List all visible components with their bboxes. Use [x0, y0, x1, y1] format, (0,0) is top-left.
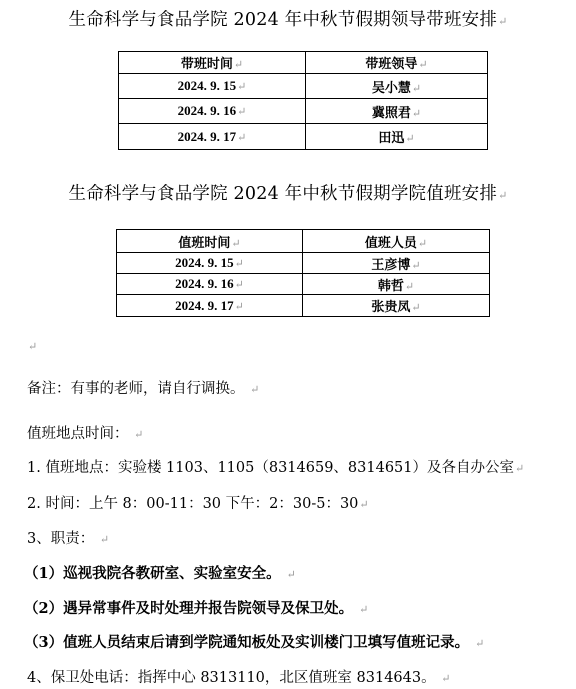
- name-cell: 王彦博↵: [303, 253, 490, 274]
- item-text: 3、职责：: [27, 531, 94, 547]
- heading-text: 值班地点时间：: [27, 426, 129, 442]
- header-text: 值班时间: [178, 236, 230, 251]
- table-header-row: 值班时间↵ 值班人员↵: [117, 230, 490, 253]
- item-text: 4、保卫处电话：指挥中心 8313110，北区值班室 8314643。: [27, 670, 436, 686]
- item-duties: 3、职责： ↵: [27, 527, 109, 548]
- note-text: 备注：有事的老师，请自行调换。: [27, 381, 245, 397]
- date-cell: 2024. 9. 15↵: [119, 74, 306, 99]
- duty-item-2: （2）遇异常事件及时处理并报告院领导及保卫处。 ↵: [24, 597, 368, 618]
- paragraph-mark-icon: ↵: [405, 280, 414, 293]
- paragraph-mark-icon: ↵: [412, 82, 421, 95]
- paragraph-mark-icon: ↵: [405, 132, 414, 145]
- date-cell: 2024. 9. 15↵: [117, 253, 303, 274]
- title-text: 生命科学与食品学院 2024 年中秋节假期学院值班安排: [69, 184, 498, 204]
- table-header-row: 带班时间↵ 带班领导↵: [119, 52, 488, 74]
- empty-paragraph: ↵: [27, 338, 37, 354]
- date-text: 2024. 9. 15: [175, 255, 234, 270]
- name-text: 吴小慧: [372, 81, 411, 96]
- paragraph-mark-icon: ↵: [134, 428, 143, 441]
- table-row: 2024. 9. 16↵ 韩哲↵: [117, 274, 490, 295]
- paragraph-mark-icon: ↵: [237, 80, 246, 93]
- item-text: 1. 值班地点：实验楼 1103、1105（8314659、8314651）及各…: [27, 460, 514, 476]
- paragraph-mark-icon: ↵: [498, 189, 507, 202]
- table-row: 2024. 9. 16↵ 冀照君↵: [119, 99, 488, 124]
- name-cell: 冀照君↵: [306, 99, 488, 124]
- paragraph-mark-icon: ↵: [418, 58, 427, 71]
- paragraph-mark-icon: ↵: [359, 498, 368, 511]
- date-text: 2024. 9. 17: [178, 129, 237, 144]
- paragraph-mark-icon: ↵: [28, 340, 37, 353]
- paragraph-mark-icon: ↵: [418, 237, 427, 250]
- duty-schedule-title: 生命科学与食品学院 2024 年中秋节假期学院值班安排↵: [0, 180, 576, 205]
- date-text: 2024. 9. 17: [175, 298, 234, 313]
- paragraph-mark-icon: ↵: [441, 672, 450, 685]
- date-cell: 2024. 9. 17↵: [119, 124, 306, 150]
- leader-schedule-table: 带班时间↵ 带班领导↵ 2024. 9. 15↵ 吴小慧↵ 2024. 9. 1…: [118, 51, 488, 150]
- name-text: 韩哲: [378, 279, 404, 294]
- paragraph-mark-icon: ↵: [235, 278, 244, 291]
- duty-item-1: （1）巡视我院各教研室、实验室安全。 ↵: [24, 562, 296, 583]
- duty-item-3: （3）值班人员结束后请到学院通知板处及实训楼门卫填写值班记录。 ↵: [24, 631, 484, 652]
- header-cell: 值班人员↵: [303, 230, 490, 253]
- paragraph-mark-icon: ↵: [515, 462, 524, 475]
- paragraph-mark-icon: ↵: [359, 603, 368, 616]
- paragraph-mark-icon: ↵: [234, 58, 243, 71]
- paragraph-mark-icon: ↵: [411, 259, 420, 272]
- date-text: 2024. 9. 16: [178, 103, 237, 118]
- paragraph-mark-icon: ↵: [475, 637, 484, 650]
- name-cell: 田迅↵: [306, 124, 488, 150]
- item-text: 2. 时间：上午 8：00-11：30 下午：2：30-5：30: [27, 496, 358, 512]
- item-location: 1. 值班地点：实验楼 1103、1105（8314659、8314651）及各…: [27, 456, 524, 477]
- paragraph-mark-icon: ↵: [237, 131, 246, 144]
- paragraph-mark-icon: ↵: [250, 383, 259, 396]
- header-text: 带班领导: [365, 57, 417, 72]
- paragraph-mark-icon: ↵: [412, 107, 421, 120]
- note-line: 备注：有事的老师，请自行调换。 ↵: [27, 377, 259, 398]
- duty-schedule-table: 值班时间↵ 值班人员↵ 2024. 9. 15↵ 王彦博↵ 2024. 9. 1…: [116, 229, 490, 317]
- header-text: 值班人员: [365, 236, 417, 251]
- paragraph-mark-icon: ↵: [237, 105, 246, 118]
- paragraph-mark-icon: ↵: [498, 15, 507, 28]
- table-row: 2024. 9. 17↵ 张贵凤↵: [117, 295, 490, 317]
- name-text: 田迅: [378, 131, 404, 146]
- name-text: 王彦博: [371, 258, 410, 273]
- date-text: 2024. 9. 15: [178, 78, 237, 93]
- header-cell: 值班时间↵: [117, 230, 303, 253]
- date-cell: 2024. 9. 16↵: [117, 274, 303, 295]
- table-row: 2024. 9. 15↵ 王彦博↵: [117, 253, 490, 274]
- date-cell: 2024. 9. 17↵: [117, 295, 303, 317]
- item-time: 2. 时间：上午 8：00-11：30 下午：2：30-5：30↵: [27, 492, 369, 513]
- paragraph-mark-icon: ↵: [100, 533, 109, 546]
- paragraph-mark-icon: ↵: [287, 568, 296, 581]
- name-cell: 张贵凤↵: [303, 295, 490, 317]
- date-cell: 2024. 9. 16↵: [119, 99, 306, 124]
- table-row: 2024. 9. 17↵ 田迅↵: [119, 124, 488, 150]
- name-cell: 韩哲↵: [303, 274, 490, 295]
- title-text: 生命科学与食品学院 2024 年中秋节假期领导带班安排: [69, 10, 498, 30]
- duty-text: （3）值班人员结束后请到学院通知板处及实训楼门卫填写值班记录。: [24, 634, 469, 651]
- item-phone: 4、保卫处电话：指挥中心 8313110，北区值班室 8314643。 ↵: [27, 666, 450, 687]
- name-text: 冀照君: [372, 106, 411, 121]
- name-text: 张贵凤: [371, 300, 410, 315]
- header-cell: 带班领导↵: [306, 52, 488, 74]
- header-text: 带班时间: [181, 57, 233, 72]
- paragraph-mark-icon: ↵: [411, 301, 420, 314]
- date-text: 2024. 9. 16: [175, 276, 234, 291]
- duty-text: （2）遇异常事件及时处理并报告院领导及保卫处。: [24, 600, 353, 617]
- header-cell: 带班时间↵: [119, 52, 306, 74]
- paragraph-mark-icon: ↵: [235, 300, 244, 313]
- leader-schedule-title: 生命科学与食品学院 2024 年中秋节假期领导带班安排↵: [0, 6, 576, 31]
- duty-text: （1）巡视我院各教研室、实验室安全。: [24, 565, 281, 582]
- paragraph-mark-icon: ↵: [235, 257, 244, 270]
- location-heading: 值班地点时间： ↵: [27, 422, 143, 443]
- name-cell: 吴小慧↵: [306, 74, 488, 99]
- paragraph-mark-icon: ↵: [231, 237, 240, 250]
- table-row: 2024. 9. 15↵ 吴小慧↵: [119, 74, 488, 99]
